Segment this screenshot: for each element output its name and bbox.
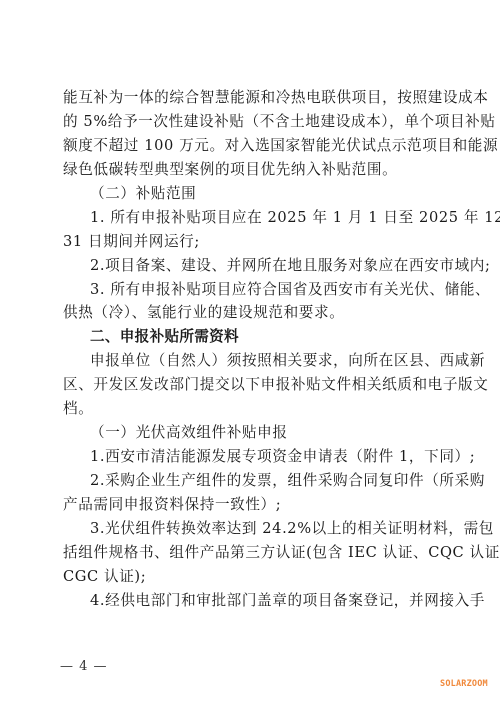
list-item: 4.经供电部门和审批部门盖章的项目备案登记，并网接入手 [63,589,435,613]
text-line: 能互补为一体的综合智慧能源和冷热电联供项目，按照建设成本 [63,86,435,110]
text-line: CGC 认证); [63,565,435,589]
page-number: — 4 — [60,659,108,674]
text-line: 额度不超过 100 万元。对入选国家智能光伏试点示范项目和能源 [63,134,435,158]
document-page: 能互补为一体的综合智慧能源和冷热电联供项目，按照建设成本 的 5%给予一次性建设… [0,0,500,707]
list-item: 2.项目备案、建设、并网所在地且服务对象应在西安市域内; [63,254,435,278]
text-line: 档。 [63,397,435,421]
list-item: 3.光伏组件转换效率达到 24.2%以上的相关证明材料，需包 [63,517,435,541]
subsection-heading-subsidy-scope: （二）补贴范围 [63,182,435,206]
section-heading-required-materials: 二、申报补贴所需资料 [63,325,435,349]
document-body: 能互补为一体的综合智慧能源和冷热电联供项目，按照建设成本 的 5%给予一次性建设… [63,86,435,613]
text-line: 供热（冷）、氢能行业的建设规范和要求。 [63,301,435,325]
list-item: 1.西安市清洁能源发展专项资金申请表（附件 1，下同）; [63,445,435,469]
text-line: 括组件规格书、组件产品第三方认证(包含 IEC 认证、CQC 认证、 [63,541,435,565]
text-line: 31 日期间并网运行; [63,230,435,254]
list-item: 1. 所有申报补贴项目应在 2025 年 1 月 1 日至 2025 年 12 … [63,206,435,230]
text-line: 的 5%给予一次性建设补贴（不含土地建设成本），单个项目补贴 [63,110,435,134]
watermark-logo: SOLARZOOM [440,679,488,689]
paragraph-line: 申报单位（自然人）须按照相关要求，向所在区县、西咸新 [63,349,435,373]
text-line: 产品需同申报资料保持一致性）; [63,493,435,517]
text-line: 绿色低碳转型典型案例的项目优先纳入补贴范围。 [63,158,435,182]
list-item: 2.采购企业生产组件的发票，组件采购合同复印件（所采购 [63,469,435,493]
subsection-heading-pv-modules: （一）光伏高效组件补贴申报 [63,421,435,445]
text-line: 区、开发区发改部门提交以下申报补贴文件相关纸质和电子版文 [63,373,435,397]
list-item: 3. 所有申报补贴项目应符合国省及西安市有关光伏、储能、 [63,278,435,302]
